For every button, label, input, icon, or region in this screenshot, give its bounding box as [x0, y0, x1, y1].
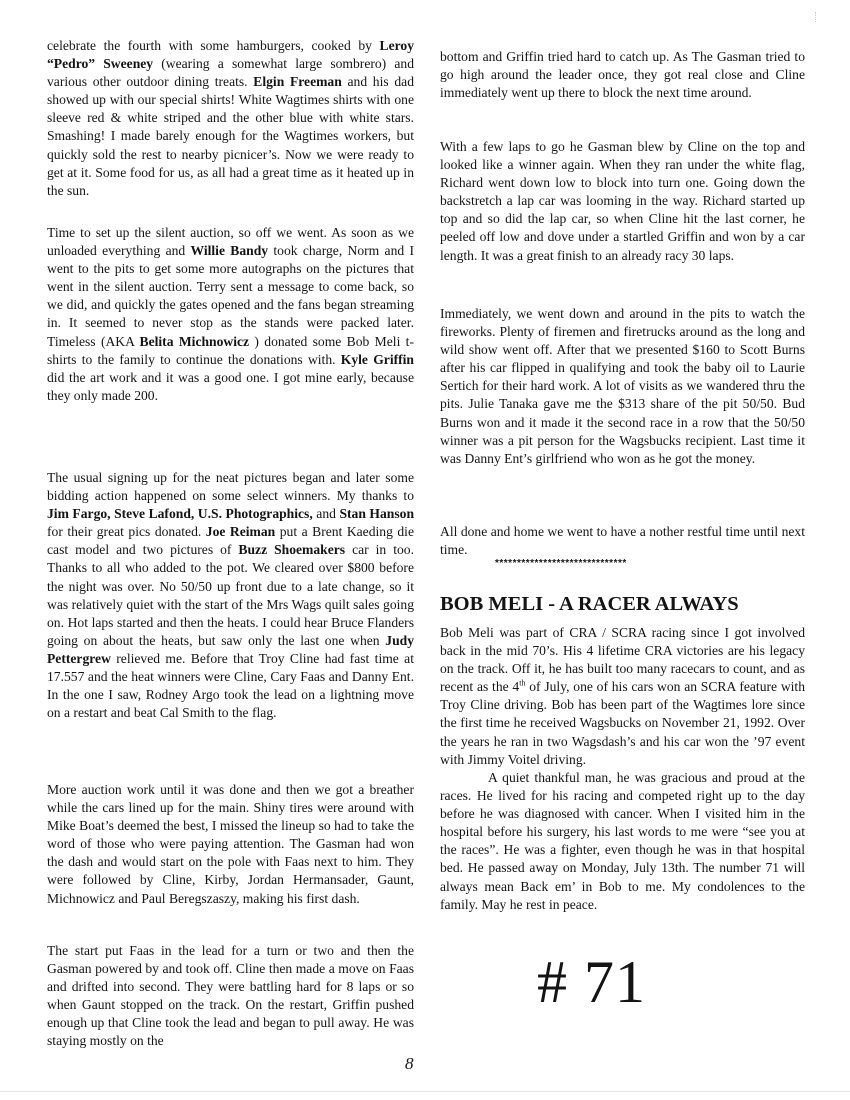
- paragraph-race-finish: With a few laps to go he Gasman blew by …: [440, 138, 805, 265]
- section-title: BOB MELI - A RACER ALWAYS: [440, 591, 820, 617]
- name-stan-hanson: Stan Hanson: [339, 506, 414, 521]
- paragraph-fireworks: Immediately, we went down and around in …: [440, 305, 805, 468]
- asterisk-divider: ******************************: [495, 555, 795, 573]
- scan-edge-line: [0, 1091, 850, 1092]
- paragraph-race-start: The start put Faas in the lead for a tur…: [47, 942, 414, 1051]
- paragraph-bob-meli-bio: Bob Meli was part of CRA / SCRA racing s…: [440, 624, 805, 769]
- scan-artifact: [815, 12, 820, 22]
- name-elgin-freeman: Elgin Freeman: [253, 74, 342, 89]
- text: The usual signing up for the neat pictur…: [47, 470, 414, 503]
- text: car in too. Thanks to all who added to t…: [47, 542, 414, 647]
- text: and his dad showed up with our special s…: [47, 74, 414, 198]
- paragraph-race-continued: bottom and Griffin tried hard to catch u…: [440, 48, 805, 102]
- name-willie-bandy: Willie Bandy: [191, 243, 269, 258]
- paragraph-picnic: celebrate the fourth with some hamburger…: [47, 37, 414, 200]
- names-photographers: Jim Fargo, Steve Lafond, U.S. Photograph…: [47, 506, 313, 521]
- text: for their great pics donated.: [47, 524, 206, 539]
- name-buzz-shoemakers: Buzz Shoemakers: [238, 542, 345, 557]
- text: did the art work and it was a good one. …: [47, 370, 414, 403]
- text: celebrate the fourth with some hamburger…: [47, 38, 380, 53]
- page-number: 8: [405, 1054, 414, 1074]
- paragraph-bidding-heats: The usual signing up for the neat pictur…: [47, 469, 414, 722]
- name-joe-reiman: Joe Reiman: [206, 524, 275, 539]
- text: and: [313, 506, 340, 521]
- text: A quiet thankful man, he was gracious an…: [440, 770, 805, 912]
- paragraph-bob-meli-tribute: A quiet thankful man, he was gracious an…: [440, 769, 805, 914]
- name-belita-michnowicz: Belita Michnowicz: [140, 334, 250, 349]
- paragraph-silent-auction: Time to set up the silent auction, so of…: [47, 224, 414, 405]
- paragraph-main-lineup: More auction work until it was done and …: [47, 781, 414, 908]
- car-number-71: # 71: [537, 950, 646, 1014]
- paragraph-closing: All done and home we went to have a noth…: [440, 523, 805, 559]
- name-kyle-griffin: Kyle Griffin: [341, 352, 414, 367]
